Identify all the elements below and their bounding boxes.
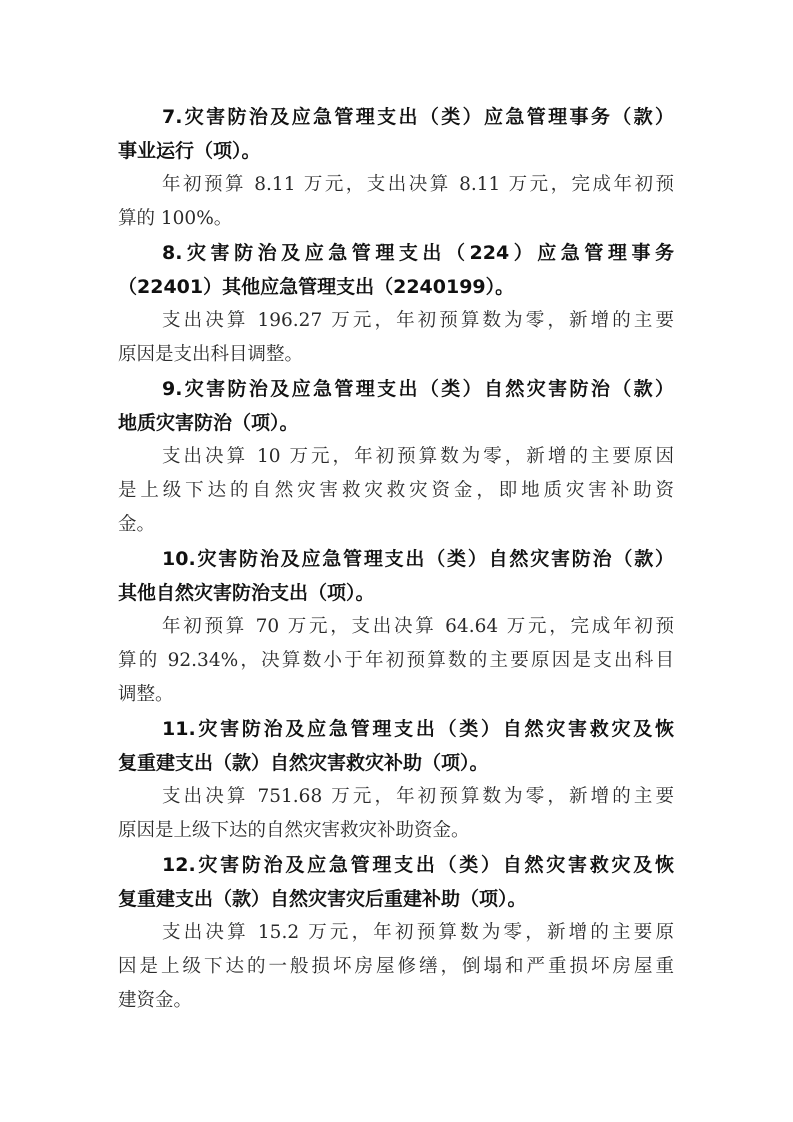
section-12: 12.灾害防治及应急管理支出（类）自然灾害救灾及恢 复重建支出（款）自然灾害灾后… <box>118 848 674 1018</box>
body-line: 支出决算 751.68 万元，年初预算数为零，新增的主要 <box>162 780 674 814</box>
section-11: 11.灾害防治及应急管理支出（类）自然灾害救灾及恢 复重建支出（款）自然灾害救灾… <box>118 712 674 848</box>
body-line: 年初预算 70 万元，支出决算 64.64 万元，完成年初预 <box>162 610 674 644</box>
body-line: 因是上级下达的一般损坏房屋修缮，倒塌和严重损坏房屋重 <box>118 950 674 984</box>
body-line: 金。 <box>118 508 674 542</box>
body-line: 调整。 <box>118 678 674 712</box>
section-8: 8.灾害防治及应急管理支出（224）应急管理事务 （22401）其他应急管理支出… <box>118 236 674 372</box>
heading-line: 其他自然灾害防治支出（项）。 <box>118 576 674 610</box>
section-heading: 12.灾害防治及应急管理支出（类）自然灾害救灾及恢 复重建支出（款）自然灾害灾后… <box>118 848 674 916</box>
heading-line: 7.灾害防治及应急管理支出（类）应急管理事务（款） <box>162 100 674 134</box>
heading-line: 11.灾害防治及应急管理支出（类）自然灾害救灾及恢 <box>162 712 674 746</box>
body-line: 是上级下达的自然灾害救灾救灾资金，即地质灾害补助资 <box>118 474 674 508</box>
heading-line: 地质灾害防治（项）。 <box>118 406 674 440</box>
section-heading: 8.灾害防治及应急管理支出（224）应急管理事务 （22401）其他应急管理支出… <box>118 236 674 304</box>
body-line: 年初预算 8.11 万元，支出决算 8.11 万元，完成年初预 <box>162 168 674 202</box>
heading-line: 复重建支出（款）自然灾害救灾补助（项）。 <box>118 746 674 780</box>
heading-line: 事业运行（项）。 <box>118 134 674 168</box>
body-line: 支出决算 15.2 万元，年初预算数为零，新增的主要原 <box>162 916 674 950</box>
section-heading: 11.灾害防治及应急管理支出（类）自然灾害救灾及恢 复重建支出（款）自然灾害救灾… <box>118 712 674 780</box>
heading-line: 8.灾害防治及应急管理支出（224）应急管理事务 <box>162 236 674 270</box>
section-7: 7.灾害防治及应急管理支出（类）应急管理事务（款） 事业运行（项）。 年初预算 … <box>118 100 674 236</box>
body-line: 原因是支出科目调整。 <box>118 338 674 372</box>
body-line: 支出决算 196.27 万元，年初预算数为零，新增的主要 <box>162 304 674 338</box>
section-9: 9.灾害防治及应急管理支出（类）自然灾害防治（款） 地质灾害防治（项）。 支出决… <box>118 372 674 542</box>
body-line: 原因是上级下达的自然灾害救灾补助资金。 <box>118 814 674 848</box>
heading-line: 9.灾害防治及应急管理支出（类）自然灾害防治（款） <box>162 372 674 406</box>
section-heading: 10.灾害防治及应急管理支出（类）自然灾害防治（款） 其他自然灾害防治支出（项）… <box>118 542 674 610</box>
body-line: 支出决算 10 万元，年初预算数为零，新增的主要原因 <box>162 440 674 474</box>
section-10: 10.灾害防治及应急管理支出（类）自然灾害防治（款） 其他自然灾害防治支出（项）… <box>118 542 674 712</box>
document-page: 7.灾害防治及应急管理支出（类）应急管理事务（款） 事业运行（项）。 年初预算 … <box>118 100 674 1018</box>
section-body: 年初预算 8.11 万元，支出决算 8.11 万元，完成年初预 算的 100%。 <box>118 168 674 236</box>
body-line: 建资金。 <box>118 984 674 1018</box>
section-body: 支出决算 15.2 万元，年初预算数为零，新增的主要原 因是上级下达的一般损坏房… <box>118 916 674 1018</box>
section-body: 支出决算 751.68 万元，年初预算数为零，新增的主要 原因是上级下达的自然灾… <box>118 780 674 848</box>
section-heading: 9.灾害防治及应急管理支出（类）自然灾害防治（款） 地质灾害防治（项）。 <box>118 372 674 440</box>
body-line: 算的 100%。 <box>118 202 674 236</box>
section-body: 支出决算 196.27 万元，年初预算数为零，新增的主要 原因是支出科目调整。 <box>118 304 674 372</box>
heading-line: 10.灾害防治及应急管理支出（类）自然灾害防治（款） <box>162 542 674 576</box>
section-body: 年初预算 70 万元，支出决算 64.64 万元，完成年初预 算的 92.34%… <box>118 610 674 712</box>
section-body: 支出决算 10 万元，年初预算数为零，新增的主要原因 是上级下达的自然灾害救灾救… <box>118 440 674 542</box>
section-heading: 7.灾害防治及应急管理支出（类）应急管理事务（款） 事业运行（项）。 <box>118 100 674 168</box>
heading-line: （22401）其他应急管理支出（2240199）。 <box>118 270 674 304</box>
heading-line: 12.灾害防治及应急管理支出（类）自然灾害救灾及恢 <box>162 848 674 882</box>
body-line: 算的 92.34%，决算数小于年初预算数的主要原因是支出科目 <box>118 644 674 678</box>
heading-line: 复重建支出（款）自然灾害灾后重建补助（项）。 <box>118 882 674 916</box>
